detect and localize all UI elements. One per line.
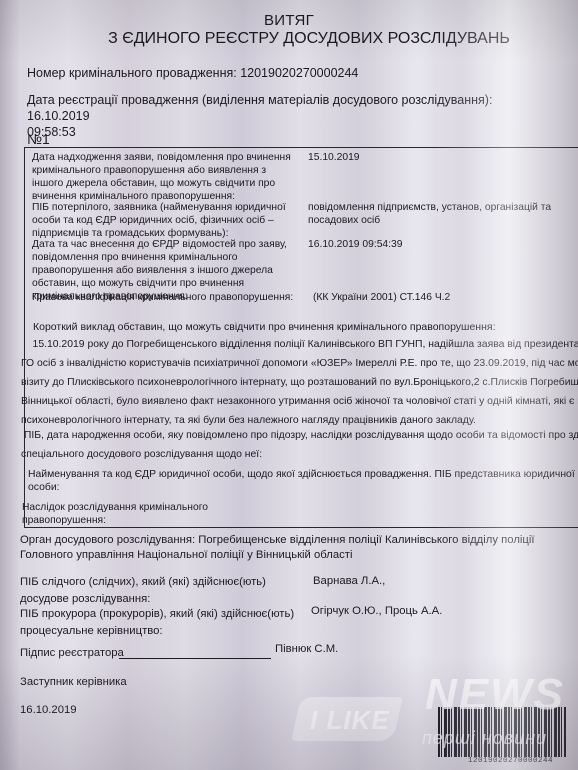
registrar-signature-label: Підпис реєстратора [20, 646, 124, 661]
watermark-like-text: I LIKE [310, 705, 390, 736]
case-number: Номер кримінального провадження: 1201902… [27, 66, 358, 80]
row-label-victim: ПІБ потерпілого, заявника (найменування … [32, 201, 294, 240]
narrative-heading: Короткий виклад обставин, що можуть свід… [33, 321, 496, 334]
document-page: ВИТЯГ З ЄДИНОГО РЕЄСТРУ ДОСУДОВИХ РОЗСЛІ… [0, 0, 578, 770]
prosecutor-label: ПІБ прокурора (прокурорів), який (які) з… [20, 606, 310, 640]
investigator-value: Варнава Л.А., [313, 574, 385, 589]
barcode-number: 12019020270000244 [468, 757, 553, 765]
row-label-receipt-date: Дата надходження заяви, повідомлення про… [32, 151, 294, 203]
entry-number: №1 [27, 131, 50, 147]
prosecutor-value: Огірчук О.Ю., Проць А.А. [311, 604, 442, 619]
document-title: ВИТЯГ [0, 12, 578, 29]
narrative-text: 15.10.2019 року до Погребищенського відд… [21, 335, 578, 430]
signature-line [119, 658, 271, 659]
investigator-label: ПІБ слідчого (слідчих), який (які) здійс… [20, 574, 310, 608]
suspect-info-label: ПІБ, дата народження особи, яку повідомл… [21, 426, 578, 464]
row-value-receipt-date: 15.10.2019 [308, 151, 578, 164]
document-subtitle: З ЄДИНОГО РЕЄСТРУ ДОСУДОВИХ РОЗСЛІДУВАНЬ [0, 30, 578, 48]
investigation-outcome-label: Наслідок розслідування кримінального пра… [22, 501, 222, 527]
watermark-news-text: NEWS [425, 670, 565, 720]
registrar-name: Півнюк С.М. [275, 642, 338, 657]
deputy-head-label: Заступник керівника [20, 675, 127, 690]
row-value-victim: повідомлення підприємств, установ, орган… [308, 201, 578, 227]
document-date: 16.10.2019 [20, 703, 77, 718]
registration-date: Дата реєстрації провадження (виділення м… [27, 92, 557, 140]
investigation-body: Орган досудового розслідування: Погребищ… [20, 533, 565, 563]
row-value-qualification: (КК України 2001) СТ.146 Ч.2 [313, 291, 578, 304]
row-label-qualification: Правова кваліфікація кримінального право… [32, 291, 332, 304]
watermark-tagline: перші новини [422, 728, 547, 749]
legal-entity-label: Найменування та код ЄДР юридичної особи,… [28, 468, 578, 494]
row-value-entry-datetime: 16.10.2019 09:54:39 [308, 238, 578, 251]
